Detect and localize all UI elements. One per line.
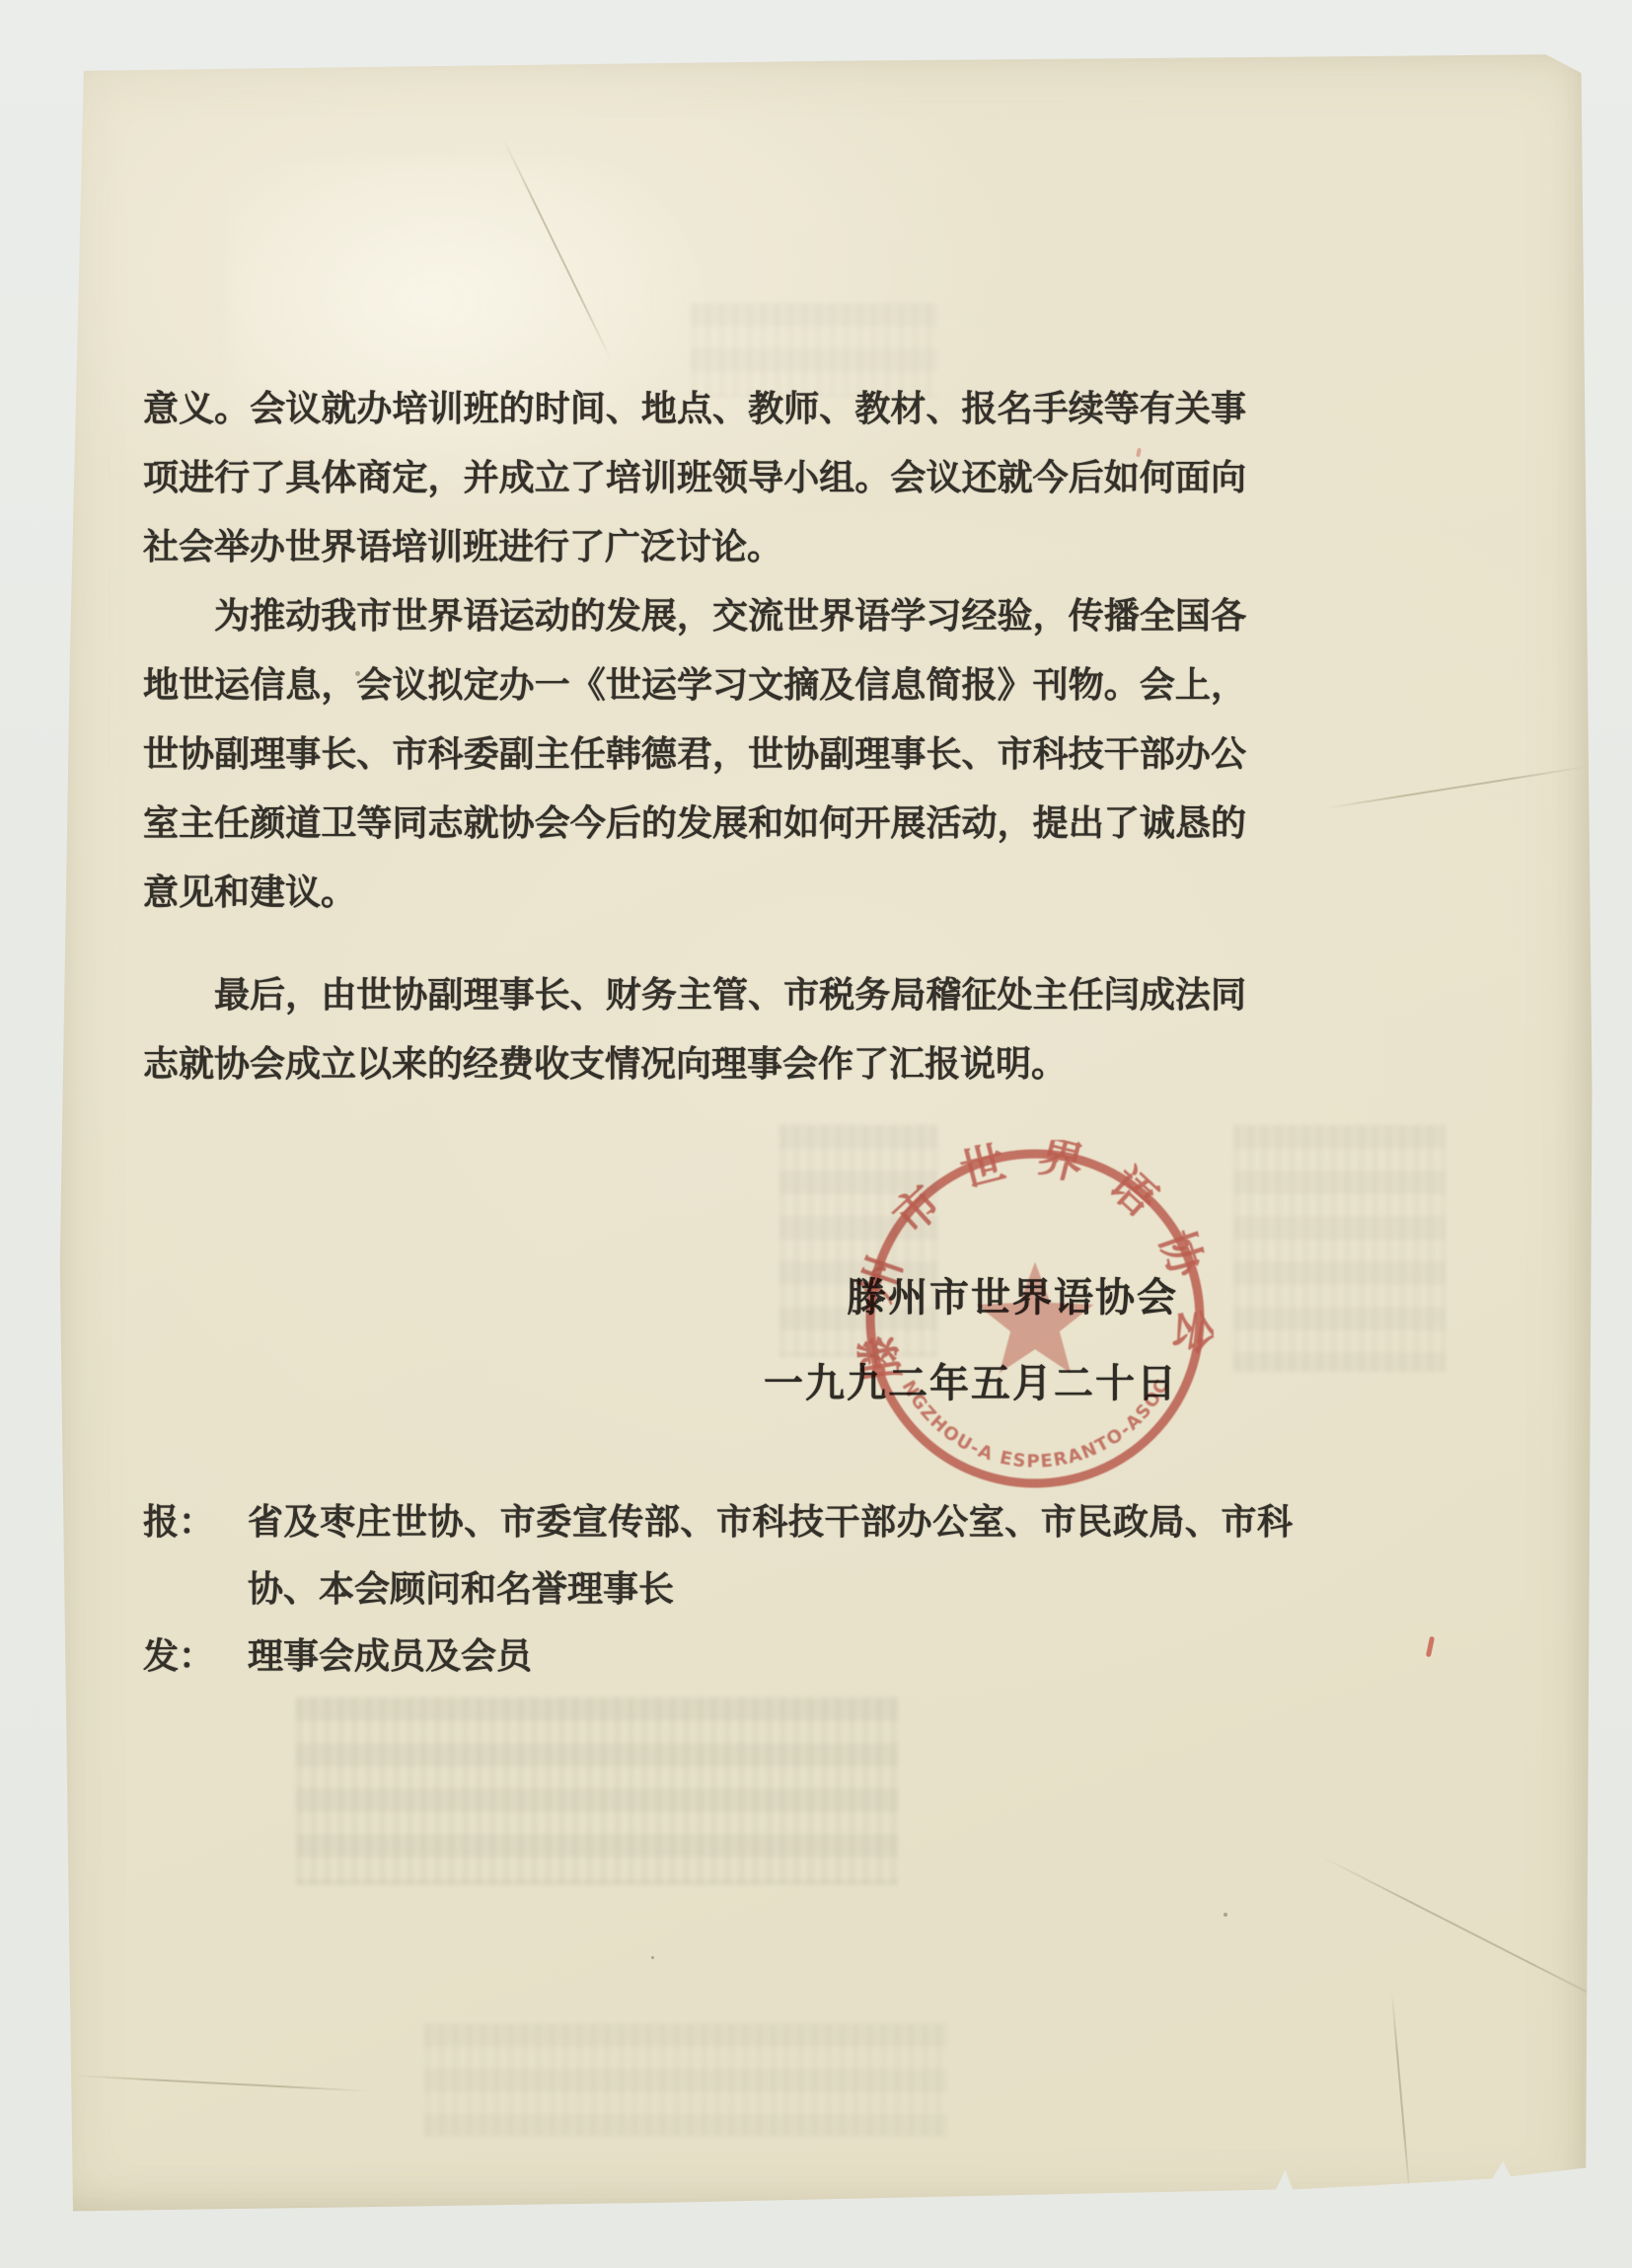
paragraph: 为推动我市世界语运动的发展，交流世界语学习经验，传播全国各地世运信息，会议拟定办… bbox=[143, 582, 1246, 928]
official-seal-stamp: 滕州市世界语协会 TENGZHOU-A ESPERANTO-ASOCIO bbox=[856, 1140, 1214, 1497]
paragraph: 最后，由世协副理事长、财务主管、市税务局稽征处主任闫成法同志就协会成立以来的经费… bbox=[143, 961, 1246, 1099]
paper-speck bbox=[651, 1956, 654, 1959]
seal-star-icon bbox=[977, 1262, 1094, 1374]
paper-speck bbox=[355, 671, 360, 676]
paper-crease bbox=[74, 2075, 370, 2091]
paper-crease bbox=[1324, 766, 1588, 809]
red-pen-mark bbox=[1426, 1636, 1435, 1658]
ink-bleedthrough bbox=[424, 2023, 947, 2137]
distribution-label: 报： bbox=[143, 1489, 214, 1556]
ink-bleedthrough bbox=[296, 1698, 898, 1885]
ink-bleedthrough bbox=[1233, 1125, 1446, 1372]
paper-speck bbox=[1224, 1913, 1227, 1917]
document-page: 意义。会议就办培训班的时间、地点、教师、教材、报名手续等有关事项进行了具体商定，… bbox=[59, 51, 1594, 2218]
distribution-text: 省及枣庄世协、市委宣传部、市科技干部办公室、市民政局、市科协、本会顾问和名誉理事… bbox=[248, 1502, 1293, 1610]
distribution-text: 理事会成员及会员 bbox=[248, 1636, 532, 1677]
paper-crease bbox=[1320, 1855, 1620, 2009]
distribution-list: 报：省及枣庄世协、市委宣传部、市科技干部办公室、市民政局、市科协、本会顾问和名誉… bbox=[143, 1489, 1293, 1691]
distribution-row: 报：省及枣庄世协、市委宣传部、市科技干部办公室、市民政局、市科协、本会顾问和名誉… bbox=[143, 1489, 1293, 1624]
paragraph: 意义。会议就办培训班的时间、地点、教师、教材、报名手续等有关事项进行了具体商定，… bbox=[143, 375, 1246, 582]
body-paragraphs: 意义。会议就办培训班的时间、地点、教师、教材、报名手续等有关事项进行了具体商定，… bbox=[143, 375, 1246, 1099]
distribution-row: 发：理事会成员及会员 bbox=[143, 1624, 1293, 1691]
paper-crease bbox=[1391, 1992, 1411, 2198]
seal-graphic: 滕州市世界语协会 TENGZHOU-A ESPERANTO-ASOCIO bbox=[856, 1140, 1214, 1497]
distribution-label: 发： bbox=[143, 1624, 214, 1691]
